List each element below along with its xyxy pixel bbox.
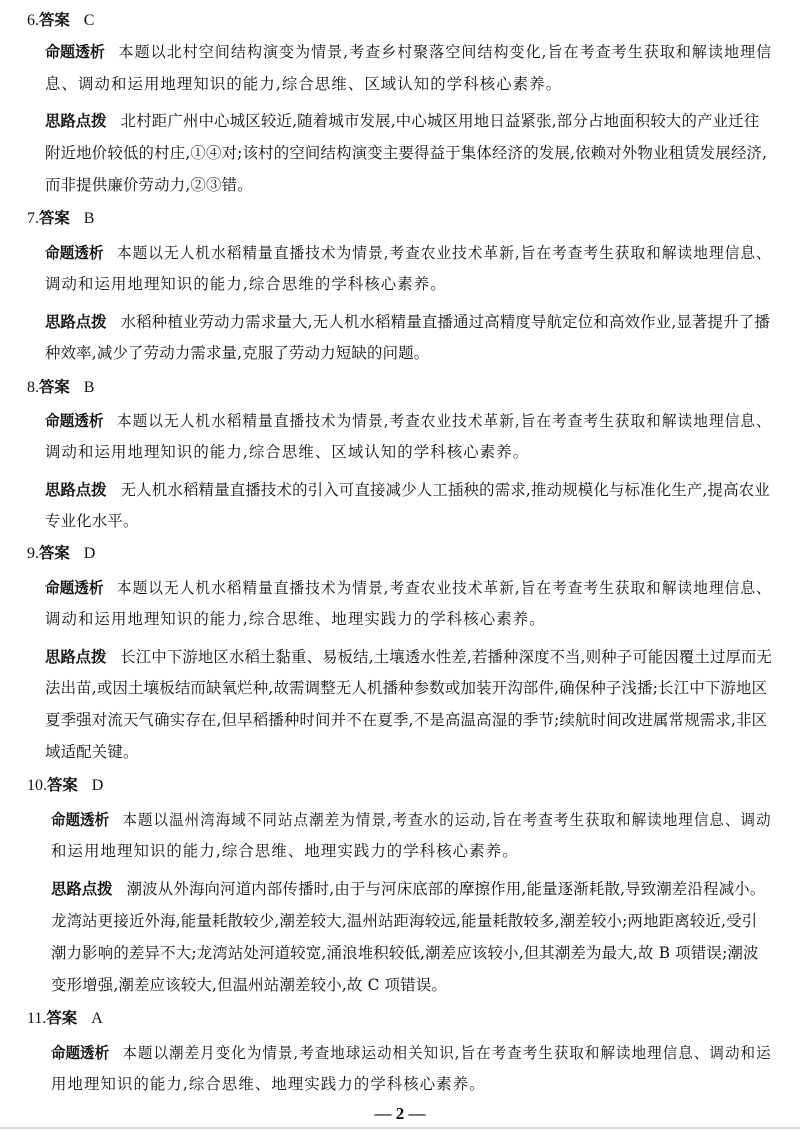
hint-text: 无人机水稻精量直播技术的引入可直接减少人工插秧的需求,推动规模化与标准化生产,提… [121, 481, 770, 499]
question-number: 6. [27, 12, 39, 29]
question-number: 10. [27, 777, 47, 794]
hint-text: 长江中下游地区水稻土黏重、易板结,土壤透水性差,若播种深度不当,则种子可能因覆土… [120, 648, 772, 666]
answer-label: 答案 [46, 1009, 77, 1027]
hint-label: 思路点拨 [45, 313, 107, 331]
question-number: 8. [27, 379, 39, 396]
analysis-label: 命题透析 [45, 43, 105, 61]
analysis-label: 命题透析 [45, 412, 104, 430]
analysis-text: 本题以无人机水稻精量直播技术为情景,考查农业技术革新,旨在考查考生获取和解读地理… [117, 412, 772, 430]
answer-value: B [84, 379, 95, 396]
question-11-header: 11.答案A [27, 1008, 103, 1028]
answer-value: A [91, 1010, 103, 1027]
analysis-label: 命题透析 [51, 811, 109, 829]
answer-label: 答案 [39, 11, 70, 29]
analysis-label: 命题透析 [51, 1044, 109, 1062]
hint-text-line: 而非提供廉价劳动力,②③错。 [45, 175, 253, 195]
answer-label: 答案 [47, 776, 78, 794]
question-8-header: 8.答案B [27, 377, 94, 397]
question-9-header: 9.答案D [27, 543, 95, 563]
analysis-label: 命题透析 [45, 244, 104, 262]
question-6-header: 6.答案C [27, 10, 94, 30]
answer-value: B [84, 210, 95, 227]
hint-text-line: 潮力影响的差异不大;龙湾站处河道较宽,涌浪堆积较低,潮差应该较小,但其潮差为最大… [51, 943, 759, 963]
hint-text-line: 种效率,减少了劳动力需求量,克服了劳动力短缺的问题。 [45, 343, 429, 363]
analysis-text-line: 调动和运用地理知识的能力,综合思维、地理实践力的学科核心素养。 [45, 609, 546, 629]
analysis-label: 命题透析 [45, 579, 104, 597]
hint-text-line: 龙湾站更接近外海,能量耗散较少,潮差较大,温州站距海较远,能量耗散较多,潮差较小… [51, 911, 757, 931]
question-8-hint: 思路点拨无人机水稻精量直播技术的引入可直接减少人工插秧的需求,推动规模化与标准化… [45, 480, 770, 500]
analysis-text: 本题以无人机水稻精量直播技术为情景,考查农业技术革新,旨在考查考生获取和解读地理… [117, 244, 772, 262]
question-number: 7. [27, 210, 39, 227]
analysis-text-line: 调动和运用地理知识的能力,综合思维的学科核心素养。 [45, 274, 447, 294]
page-number: — 2 — [0, 1104, 800, 1124]
answer-value: D [84, 545, 96, 562]
analysis-text: 本题以北村空间结构演变为情景,考查乡村聚落空间结构变化,旨在考查考生获取和解读地… [119, 43, 773, 61]
page-bottom-divider [0, 1127, 800, 1129]
hint-text-line: 夏季强对流天气确实存在,但早稻播种时间并不在夏季,不是高温高湿的季节;续航时间改… [45, 710, 767, 730]
question-number: 9. [27, 545, 39, 562]
answer-value: C [84, 12, 95, 29]
analysis-text-line: 息、调动和运用地理知识的能力,综合思维、区域认知的学科核心素养。 [45, 74, 562, 94]
question-9-analysis: 命题透析本题以无人机水稻精量直播技术为情景,考查农业技术革新,旨在考查考生获取和… [45, 578, 772, 598]
question-6-hint: 思路点拨北村距广州中心城区较近,随着城市发展,中心城区用地日益紧张,部分占地面积… [45, 111, 759, 131]
analysis-text-line: 用地理知识的能力,综合思维、地理实践力的学科核心素养。 [51, 1074, 486, 1094]
analysis-text-line: 调动和运用地理知识的能力,综合思维、区域认知的学科核心素养。 [45, 442, 529, 462]
question-8-analysis: 命题透析本题以无人机水稻精量直播技术为情景,考查农业技术革新,旨在考查考生获取和… [45, 411, 772, 431]
analysis-text: 本题以温州湾海域不同站点潮差为情景,考查水的运动,旨在考查考生获取和解读地理信息… [122, 811, 771, 829]
answer-label: 答案 [39, 209, 70, 227]
question-6-analysis: 命题透析本题以北村空间结构演变为情景,考查乡村聚落空间结构变化,旨在考查考生获取… [45, 42, 772, 62]
analysis-text: 本题以潮差月变化为情景,考查地球运动相关知识,旨在考查考生获取和解读地理信息、调… [122, 1044, 771, 1062]
hint-text: 北村距广州中心城区较近,随着城市发展,中心城区用地日益紧张,部分占地面积较大的产… [121, 112, 760, 130]
hint-text-line: 附近地价较低的村庄,①④对;该村的空间结构演变主要得益于集体经济的发展,依赖对外… [45, 143, 767, 163]
answer-value: D [92, 777, 104, 794]
analysis-text-line: 和运用地理知识的能力,综合思维、地理实践力的学科核心素养。 [51, 841, 519, 861]
question-11-analysis: 命题透析本题以潮差月变化为情景,考查地球运动相关知识,旨在考查考生获取和解读地理… [51, 1043, 772, 1063]
hint-label: 思路点拨 [45, 112, 107, 130]
question-7-header: 7.答案B [27, 208, 94, 228]
answer-label: 答案 [39, 544, 70, 562]
hint-label: 思路点拨 [45, 481, 107, 499]
question-10-analysis: 命题透析本题以温州湾海域不同站点潮差为情景,考查水的运动,旨在考查考生获取和解读… [51, 810, 772, 830]
answer-label: 答案 [39, 378, 70, 396]
question-9-hint: 思路点拨长江中下游地区水稻土黏重、易板结,土壤透水性差,若播种深度不当,则种子可… [45, 647, 772, 667]
question-7-analysis: 命题透析本题以无人机水稻精量直播技术为情景,考查农业技术革新,旨在考查考生获取和… [45, 243, 772, 263]
question-10-hint: 思路点拨潮波从外海向河道内部传播时,由于与河床底部的摩擦作用,能量逐渐耗散,导致… [51, 879, 765, 899]
hint-text-line: 专业化水平。 [45, 511, 139, 531]
hint-text-line: 域适配关键。 [45, 742, 139, 762]
hint-text: 水稻种植业劳动力需求量大,无人机水稻精量直播通过高精度导航定位和高效作业,显著提… [121, 313, 770, 331]
hint-text: 潮波从外海向河道内部传播时,由于与河床底部的摩擦作用,能量逐渐耗散,导致潮差沿程… [127, 880, 766, 898]
question-number: 11. [27, 1010, 46, 1027]
hint-text-line: 变形增强,潮差应该较大,但温州站潮差较小,故 C 项错误。 [51, 975, 447, 995]
hint-label: 思路点拨 [45, 648, 106, 666]
question-10-header: 10.答案D [27, 775, 103, 795]
hint-label: 思路点拨 [51, 880, 113, 898]
question-7-hint: 思路点拨水稻种植业劳动力需求量大,无人机水稻精量直播通过高精度导航定位和高效作业… [45, 312, 770, 332]
analysis-text: 本题以无人机水稻精量直播技术为情景,考查农业技术革新,旨在考查考生获取和解读地理… [117, 579, 772, 597]
hint-text-line: 法出苗,或因土壤板结而缺氧烂种,故需调整无人机播种参数或加装开沟部件,确保种子浅… [45, 678, 767, 698]
